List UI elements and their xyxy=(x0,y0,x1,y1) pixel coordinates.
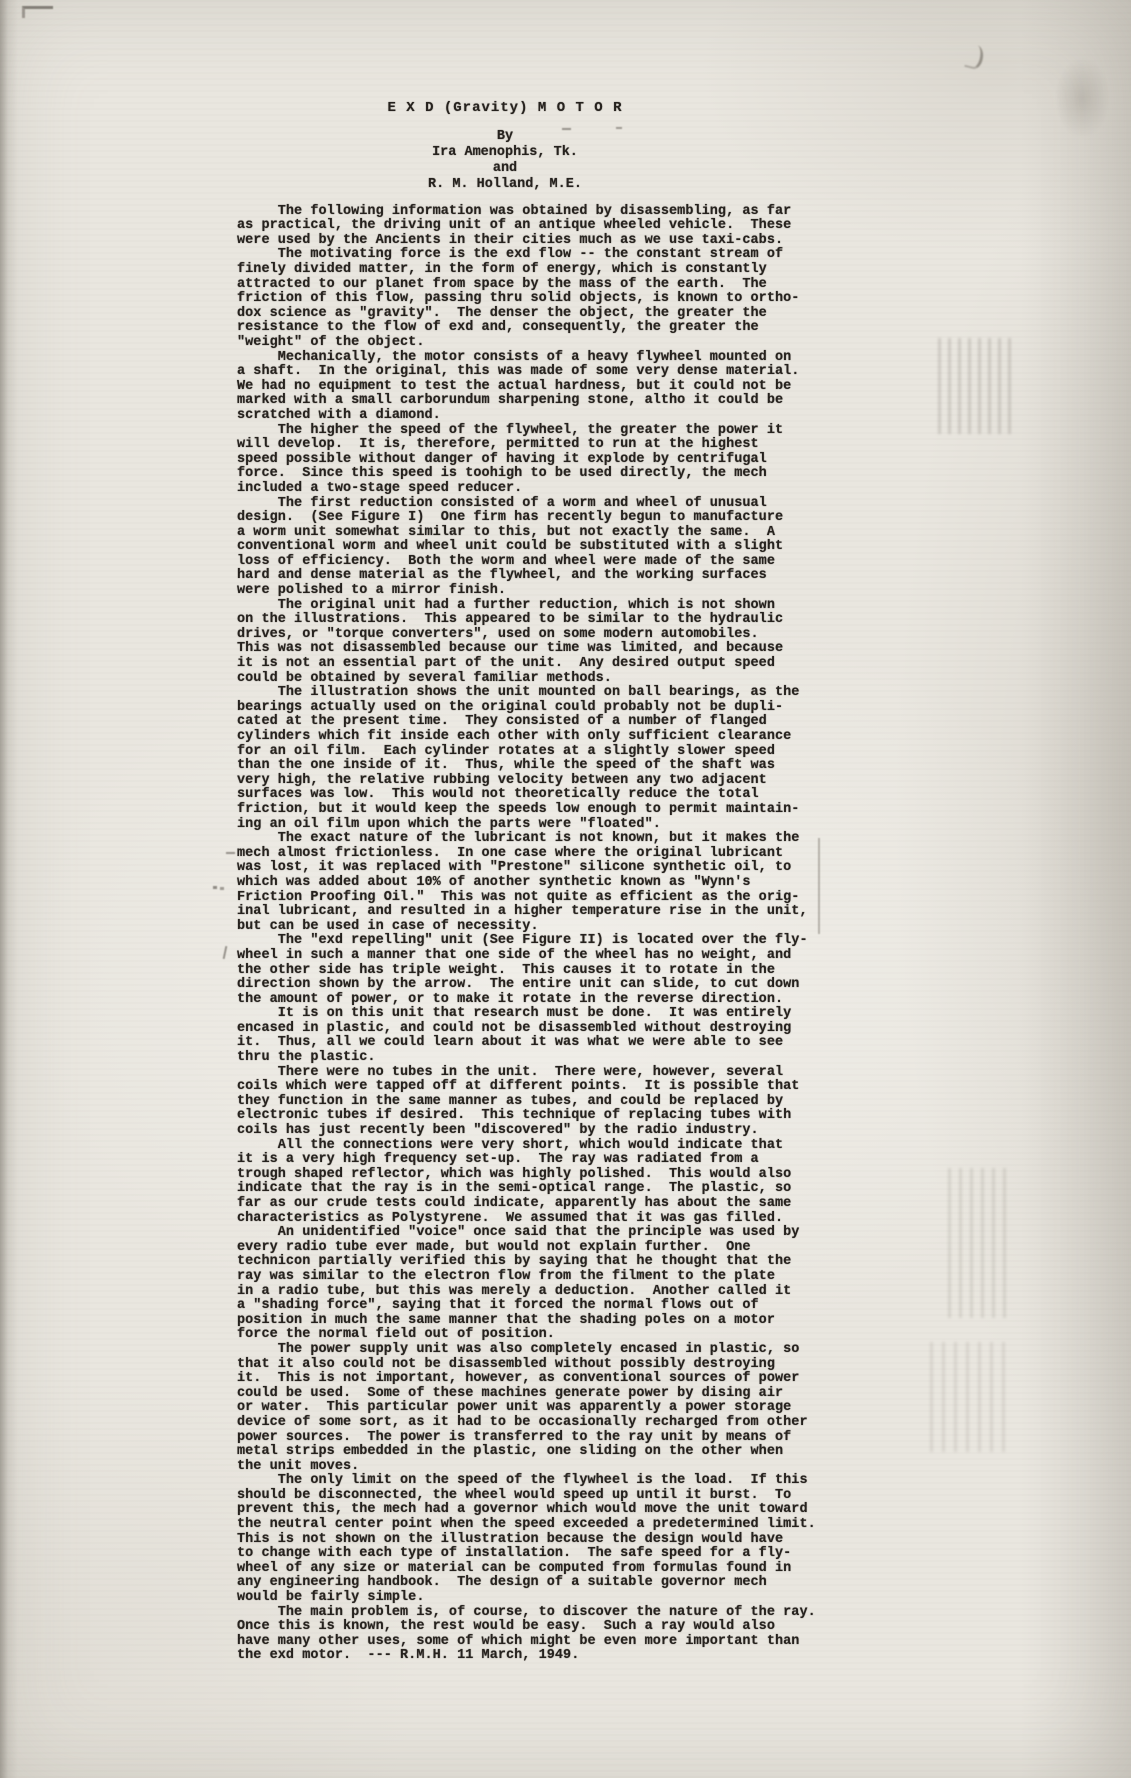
scanned-document-page: E X D (Gravity) M O T O R By Ira Amenoph… xyxy=(0,0,1131,1778)
paragraph: The "exd repelling" unit (See Figure II)… xyxy=(237,934,837,1007)
paragraph: The main problem is, of course, to disco… xyxy=(237,1606,837,1664)
byline-by: By xyxy=(213,129,797,145)
ink-squiggle-mark xyxy=(964,43,985,70)
byline-author-2: R. M. Holland, M.E. xyxy=(213,177,797,193)
typewritten-content: E X D (Gravity) M O T O R By Ira Amenoph… xyxy=(237,100,837,1664)
margin-pen-mark xyxy=(226,852,235,854)
paragraph: The illustration shows the unit mounted … xyxy=(237,686,837,832)
smudge-blob xyxy=(1055,58,1110,138)
document-body: The following information was obtained b… xyxy=(237,205,837,1664)
document-head: E X D (Gravity) M O T O R By Ira Amenoph… xyxy=(213,100,797,193)
paragraph: There were no tubes in the unit. There w… xyxy=(237,1066,837,1139)
margin-pen-mark xyxy=(213,886,217,889)
left-edge-shadow xyxy=(0,0,18,1778)
paragraph: It is on this unit that research must be… xyxy=(237,1007,837,1065)
paragraph: An unidentified "voice" once said that t… xyxy=(237,1226,837,1343)
paragraph: The original unit had a further reductio… xyxy=(237,599,837,687)
paragraph: The exact nature of the lubricant is not… xyxy=(237,832,837,934)
byline-author-1: Ira Amenophis, Tk. xyxy=(213,145,797,161)
margin-pen-mark xyxy=(223,946,228,959)
paragraph: The first reduction consisted of a worm … xyxy=(237,497,837,599)
right-edge-shadow xyxy=(1001,0,1131,1778)
paragraph: The only limit on the speed of the flywh… xyxy=(237,1474,837,1605)
paragraph: The following information was obtained b… xyxy=(237,205,837,249)
smudge-streak xyxy=(930,1342,1010,1452)
smudge-streak xyxy=(938,338,1012,434)
paragraph: All the connections were very short, whi… xyxy=(237,1139,837,1227)
smudge-streak xyxy=(948,1168,1010,1318)
document-title: E X D (Gravity) M O T O R xyxy=(213,100,797,116)
byline-and: and xyxy=(213,161,797,177)
corner-scan-mark xyxy=(22,6,53,18)
paragraph: Mechanically, the motor consists of a he… xyxy=(237,351,837,424)
paragraph: The higher the speed of the flywheel, th… xyxy=(237,424,837,497)
paragraph: The power supply unit was also completel… xyxy=(237,1343,837,1474)
byline-block: By Ira Amenophis, Tk. and R. M. Holland,… xyxy=(213,129,797,193)
paragraph: The motivating force is the exd flow -- … xyxy=(237,248,837,350)
